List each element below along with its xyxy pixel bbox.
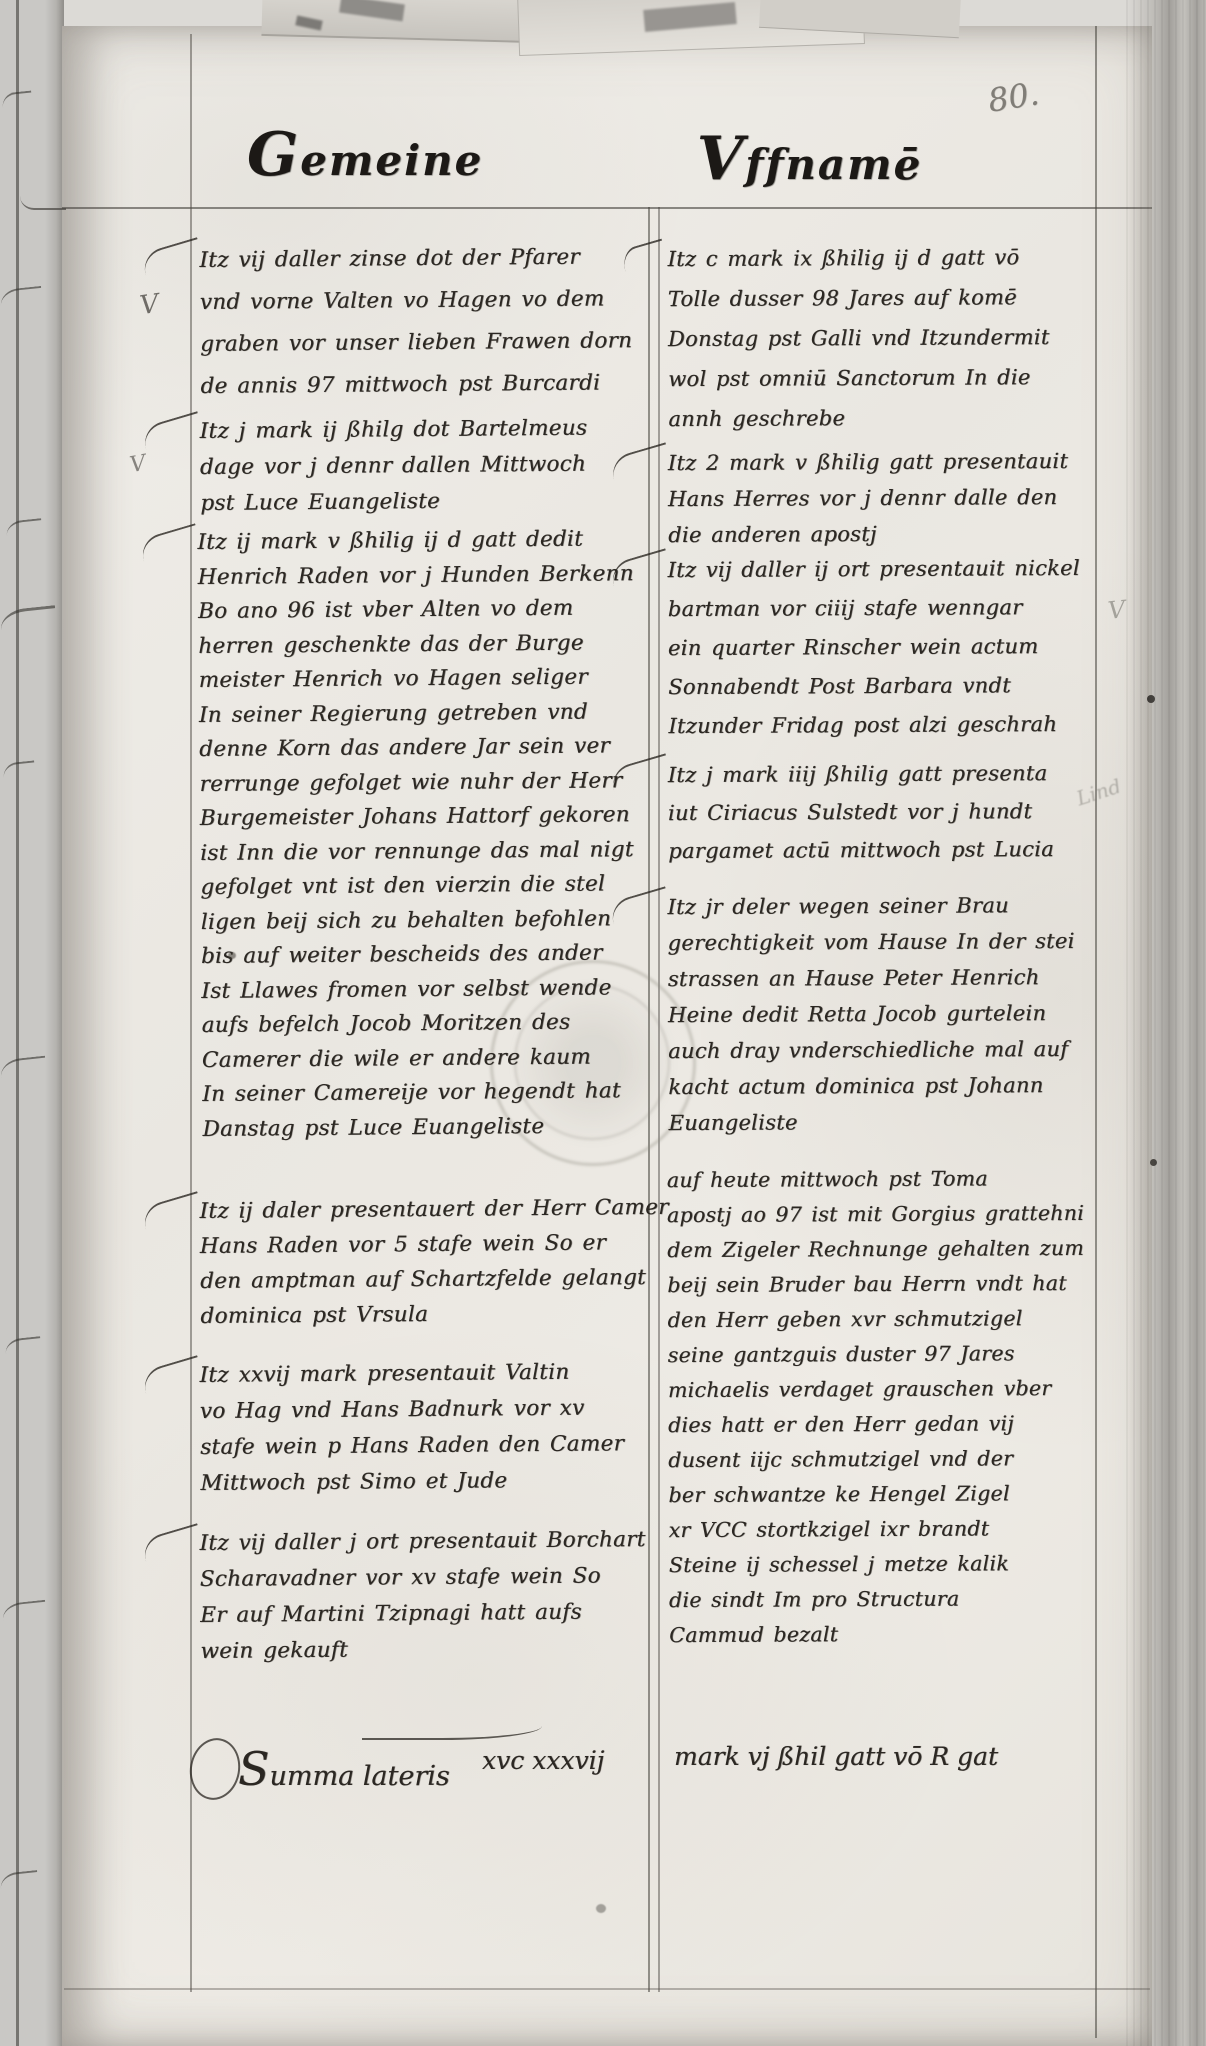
text-line: Scharavadner vor xv stafe wein So — [200, 1558, 660, 1598]
ledger-entry: Itz j mark iiij ßhilig gatt presentaiut … — [668, 754, 1099, 870]
text-line: xr VCC stortkzigel ixr brandt — [669, 1511, 1099, 1548]
scan-edge-shadow — [1126, 0, 1206, 2046]
summary-flourish — [185, 1734, 245, 1804]
entry-flourish — [140, 1523, 204, 1561]
foxing-spot — [596, 1904, 606, 1913]
text-line: ein quarter Rinscher wein actum — [668, 627, 1098, 668]
text-line: denne Korn das andere Jar sein ver — [199, 729, 659, 768]
text-line: graben vor unser lieben Frawen dorn — [200, 320, 660, 366]
ledger-entry: Itz vij daller ij ort presentauit nickel… — [667, 549, 1098, 746]
text-line: Itz j mark iiij ßhilig gatt presenta — [668, 754, 1098, 794]
text-line: Itz j mark ij ßhilg dot Bartelmeus — [200, 410, 660, 450]
ledger-entry: Itz ij mark v ßhilig ij d gatt deditHenr… — [197, 522, 662, 1147]
text-line: gerechtigkeit vom Hause In der stei — [668, 923, 1098, 961]
text-line: Itz ij mark v ßhilig ij d gatt dedit — [197, 522, 657, 561]
text-line: Itz vij daller zinse dot der Pfarer — [199, 236, 659, 282]
audit-checkmark: V — [128, 451, 148, 478]
text-line: Henrich Raden vor j Hunden Berkenn — [198, 557, 658, 596]
text-line: Itz xxvij mark presentauit Valtin — [199, 1354, 659, 1394]
audit-checkmark: V — [138, 289, 161, 321]
audit-checkmark: V — [1107, 595, 1127, 625]
ledger-page: Gemeine Vffnamē 80. Itz vij daller zinse… — [62, 26, 1152, 2046]
text-line: vnd vorne Valten vo Hagen vo dem — [200, 278, 660, 324]
text-line: meister Henrich vo Hagen seliger — [199, 660, 659, 699]
text-line: Itz 2 mark v ßhilig gatt presentauit — [668, 443, 1098, 481]
ledger-entry: Itz vij daller j ort presentauit Borchar… — [199, 1522, 660, 1670]
text-line: beij sein Bruder bau Herrn vndt hat — [667, 1266, 1097, 1303]
ledger-entry: auf heute mittwoch pst Tomaapostj ao 97 … — [667, 1161, 1100, 1653]
ledger-entry: Itz 2 mark v ßhilig gatt presentauitHans… — [668, 443, 1099, 553]
text-line: Donstag pst Galli vnd Itzundermit — [668, 317, 1098, 359]
text-line: dominica pst Vrsula — [200, 1295, 660, 1334]
text-line: iut Ciriacus Sulstedt vor j hundt — [668, 792, 1098, 832]
text-line: Danstag pst Luce Euangeliste — [202, 1108, 662, 1147]
text-line: In seiner Camereije vor hegendt hat — [202, 1074, 662, 1113]
text-line: herren geschenkte das der Burge — [198, 626, 658, 665]
ruled-line-hook — [20, 196, 66, 210]
text-line: de annis 97 mittwoch pst Burcardi — [200, 362, 660, 408]
text-line: Camerer die wile er andere kaum — [202, 1039, 662, 1078]
text-line: Itz vij daller ij ort presentauit nickel — [667, 549, 1097, 590]
text-line: ber schwantze ke Hengel Zigel — [668, 1476, 1098, 1513]
ink-speck — [228, 952, 236, 959]
entry-flourish — [138, 523, 202, 561]
text-line: michaelis verdaget grauschen vber — [668, 1371, 1098, 1408]
ledger-entry: Itz xxvij mark presentauit Valtinvo Hag … — [199, 1354, 660, 1502]
text-line: auch dray vnderschiedliche mal auf — [668, 1031, 1098, 1069]
text-line: pst Luce Euangeliste — [200, 482, 660, 522]
text-line: Itz vij daller j ort presentauit Borchar… — [199, 1522, 659, 1562]
text-line: ist Inn die vor rennunge das mal nigt — [200, 832, 660, 871]
text-line: Sonnabendt Post Barbara vndt — [668, 666, 1098, 707]
text-line: Itz c mark ix ßhilig ij d gatt vō — [667, 237, 1097, 279]
text-line: den Herr geben xvr schmutzigel — [667, 1301, 1097, 1338]
text-line: dies hatt er den Herr gedan vij — [668, 1406, 1098, 1443]
text-line: rerrunge gefolget wie nuhr der Herr — [199, 763, 659, 802]
text-line: gefolget vnt ist den vierzin die stel — [200, 867, 660, 906]
text-line: Itzunder Fridag post alzi geschrah — [668, 705, 1098, 746]
ledger-entry: Itz jr deler wegen seiner Braugerechtigk… — [667, 887, 1098, 1141]
entry-flourish — [140, 1355, 204, 1393]
summary-swash — [362, 1726, 542, 1740]
header-rule-line — [62, 207, 1152, 209]
text-line: wein gekauft — [200, 1630, 660, 1670]
text-line: Ist Llawes fromen vor selbst wende — [201, 970, 661, 1009]
text-line: apostj ao 97 ist mit Gorgius grattehni — [667, 1196, 1097, 1233]
text-line: Hans Raden vor 5 stafe wein So er — [200, 1225, 660, 1264]
summary-right: mark vj ßhil gatt vō R gat — [674, 1742, 998, 1771]
manuscript-scan: Gemeine Vffnamē 80. Itz vij daller zinse… — [0, 0, 1206, 2046]
bottom-rule-line — [64, 1988, 1150, 1990]
ledger-entry: Itz ij daler presentauert der Herr Camer… — [199, 1190, 660, 1334]
ledger-entry: Itz c mark ix ßhilig ij d gatt vōTolle d… — [667, 237, 1098, 439]
previous-page-edge — [0, 0, 64, 2046]
text-line: Itz jr deler wegen seiner Brau — [667, 887, 1097, 925]
text-line: Cammud bezalt — [669, 1616, 1099, 1653]
text-line: wol pst omniū Sanctorum In die — [668, 357, 1098, 399]
text-line: die sindt Im pro Structura — [669, 1581, 1099, 1618]
text-line: seine gantzguis duster 97 Jares — [668, 1336, 1098, 1373]
text-line: Mittwoch pst Simo et Jude — [200, 1462, 660, 1502]
entry-flourish — [140, 1191, 204, 1229]
left-margin-rule — [190, 34, 192, 1992]
text-line: den amptman auf Schartzfelde gelangt — [200, 1260, 660, 1299]
text-line: bis auf weiter bescheids des ander — [201, 936, 661, 975]
ledger-entry: Itz j mark ij ßhilg dot Bartelmeusdage v… — [200, 410, 661, 522]
text-line: strassen an Hause Peter Henrich — [668, 959, 1098, 997]
text-line: Itz ij daler presentauert der Herr Camer — [199, 1190, 659, 1229]
entry-flourish — [140, 411, 204, 449]
folio-number: 80. — [985, 74, 1041, 119]
text-line: dage vor j dennr dallen Mittwoch — [200, 446, 660, 486]
text-line: Heine dedit Retta Jocob gurtelein — [668, 995, 1098, 1033]
right-column-header: Vffnamē — [692, 124, 927, 194]
text-line: ligen beij sich zu behalten befohlen — [201, 901, 661, 940]
text-line: dusent iijc schmutzigel vnd der — [668, 1441, 1098, 1478]
text-line: In seiner Regierung getreben vnd — [199, 694, 659, 733]
entry-flourish — [140, 237, 204, 275]
ledger-entry: Itz vij daller zinse dot der Pfarervnd v… — [199, 236, 660, 408]
text-line: auf heute mittwoch pst Toma — [667, 1161, 1097, 1198]
text-line: aufs befelch Jocob Moritzen des — [202, 1005, 662, 1044]
text-line: die anderen apostj — [668, 515, 1098, 553]
text-line: Bo ano 96 ist vber Alten vo dem — [198, 591, 658, 630]
text-line: annh geschrebe — [668, 397, 1098, 439]
text-line: Hans Herres vor j dennr dalle den — [668, 479, 1098, 517]
left-column-header: Gemeine — [247, 120, 477, 190]
text-line: Tolle dusser 98 Jares auf komē — [668, 277, 1098, 319]
text-line: stafe wein p Hans Raden den Camer — [200, 1426, 660, 1466]
text-line: Euangeliste — [668, 1103, 1098, 1141]
text-line: bartman vor ciiij stafe wenngar — [668, 588, 1098, 629]
previous-page-rule-line — [16, 0, 19, 2046]
text-line: Er auf Martini Tzipnagi hatt aufs — [200, 1594, 660, 1634]
text-line: dem Zigeler Rechnunge gehalten zum — [667, 1231, 1097, 1268]
text-line: kacht actum dominica pst Johann — [668, 1067, 1098, 1105]
text-line: Burgemeister Johans Hattorf gekoren — [200, 798, 660, 837]
summary-label: Summa lateris — [238, 1742, 450, 1796]
text-line: vo Hag vnd Hans Badnurk vor xv — [200, 1390, 660, 1430]
text-line: Steine ij schessel j metze kalik — [669, 1546, 1099, 1583]
summary-amount: xvc xxxvij — [482, 1746, 604, 1775]
text-line: pargamet actū mittwoch pst Lucia — [668, 830, 1098, 870]
